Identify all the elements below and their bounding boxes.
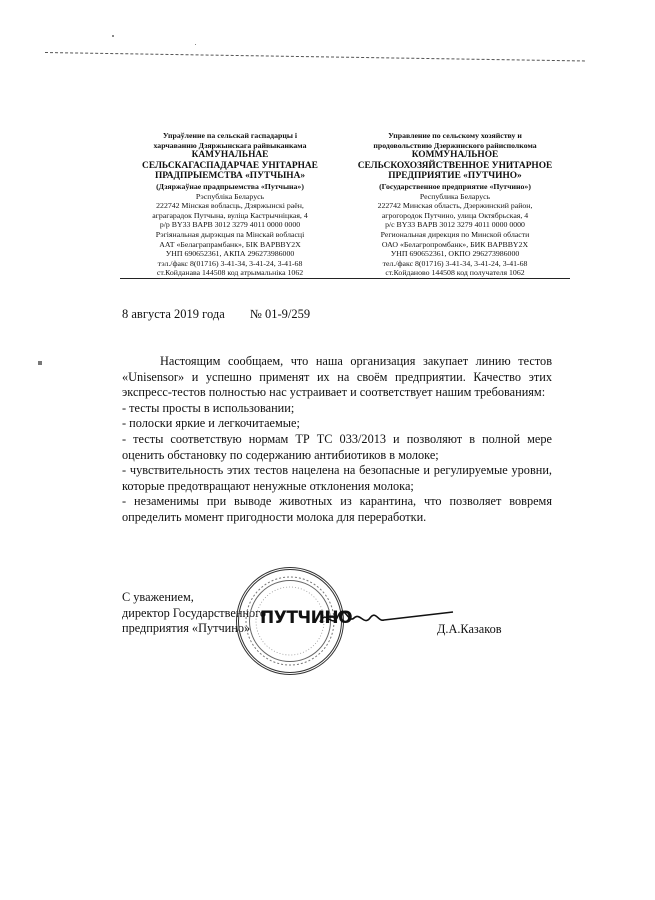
detail-line: 222742 Минская область, Дзержинский райо… (340, 201, 570, 211)
detail-line: ст.Койданово 144508 код получателя 1062 (340, 268, 570, 279)
detail-line: р/р BY33 BAPB 3012 3279 4011 0000 0000 (120, 220, 340, 230)
detail-line: р/с BY33 BAPB 3012 3279 4011 0000 0000 (340, 220, 570, 230)
org-name-line: СЕЛЬСКАГАСПАДАРЧАЕ УНІТАРНАЕ (120, 161, 340, 172)
letterhead-line: продовольствию Дзержинского райисполкома (340, 141, 570, 151)
org-name-line: КАМУНАЛЬНАЕ (120, 150, 340, 161)
org-short-name: (Дзяржаўнае прадпрыемства «Путчына») (120, 182, 340, 192)
detail-line: Рэгіянальная дырэкцыя па Мінскай вобласц… (120, 230, 340, 240)
letter-ref-number: № 01-9/259 (250, 307, 310, 321)
detail-line: 222742 Мінская вобласць, Дзяржынскі раён… (120, 201, 340, 211)
date-ref-line: 8 августа 2019 года № 01-9/259 (122, 307, 310, 322)
detail-line: аграгарадок Путчына, вуліца Кастрычніцка… (120, 211, 340, 221)
requirement-item: - незаменимы при выводе животных из кара… (122, 494, 552, 525)
detail-line: Республика Беларусь (340, 192, 570, 202)
detail-line: тэл./факс 8(01716) 3-41-34, 3-41-24, 3-4… (120, 259, 340, 269)
scan-margin-mark (38, 361, 42, 365)
detail-line: Региональная дирекция по Минской области (340, 230, 570, 240)
requirement-item: - полоски яркие и легкочитаемые; (122, 416, 552, 432)
detail-line: ААТ «Белаграпрамбанк», БІК BAPBBY2X (120, 240, 340, 250)
detail-line: УНП 690652361, ОКПО 296273986000 (340, 249, 570, 259)
letterhead-russian: Управление по сельскому хозяйству и прод… (340, 131, 570, 279)
org-name-line: СЕЛЬСКОХОЗЯЙСТВЕННОЕ УНИТАРНОЕ (340, 161, 570, 172)
requirement-item: - тесты соответствую нормам ТР ТС 033/20… (122, 432, 552, 463)
letter-body: Настоящим сообщаем, что наша организация… (122, 354, 552, 526)
scan-artifact-dashed-line (45, 52, 585, 61)
letterhead-line: харчаванню Дзяржынскага райвыканкама (120, 141, 340, 151)
org-name-line: ПРАДПРЫЕМСТВА «ПУТЧЫНА» (120, 171, 340, 182)
letterhead-line: Управление по сельскому хозяйству и (340, 131, 570, 141)
detail-line: агрогородок Путчино, улица Октябрьская, … (340, 211, 570, 221)
letter-date: 8 августа 2019 года (122, 307, 225, 321)
scan-speck (112, 35, 114, 37)
requirement-item: - чувствительность этих тестов нацелена … (122, 463, 552, 494)
org-name-line: ПРЕДПРИЯТИЕ «ПУТЧИНО» (340, 171, 570, 182)
org-short-name: (Государственное предприятие «Путчино») (340, 182, 570, 192)
signer-name: Д.А.Казаков (437, 622, 502, 637)
detail-line: Рэспубліка Беларусь (120, 192, 340, 202)
letterhead-line: Упраўленне па сельскай гаспадарцы і (120, 131, 340, 141)
requirement-item: - тесты просты в использовании; (122, 401, 552, 417)
intro-paragraph: Настоящим сообщаем, что наша организация… (122, 354, 552, 401)
detail-line: тел./факс 8(01716) 3-41-34, 3-41-24, 3-4… (340, 259, 570, 269)
letterhead-belarusian: Упраўленне па сельскай гаспадарцы і харч… (120, 131, 340, 279)
detail-line: УНП 690652361, АКПА 296273986000 (120, 249, 340, 259)
detail-line: ОАО «Белагропромбанк», БИК BAPBBY2X (340, 240, 570, 250)
org-name-line: КОММУНАЛЬНОЕ (340, 150, 570, 161)
scan-speck (195, 44, 196, 45)
detail-line: ст.Койданава 144508 код атрымальніка 106… (120, 268, 340, 279)
